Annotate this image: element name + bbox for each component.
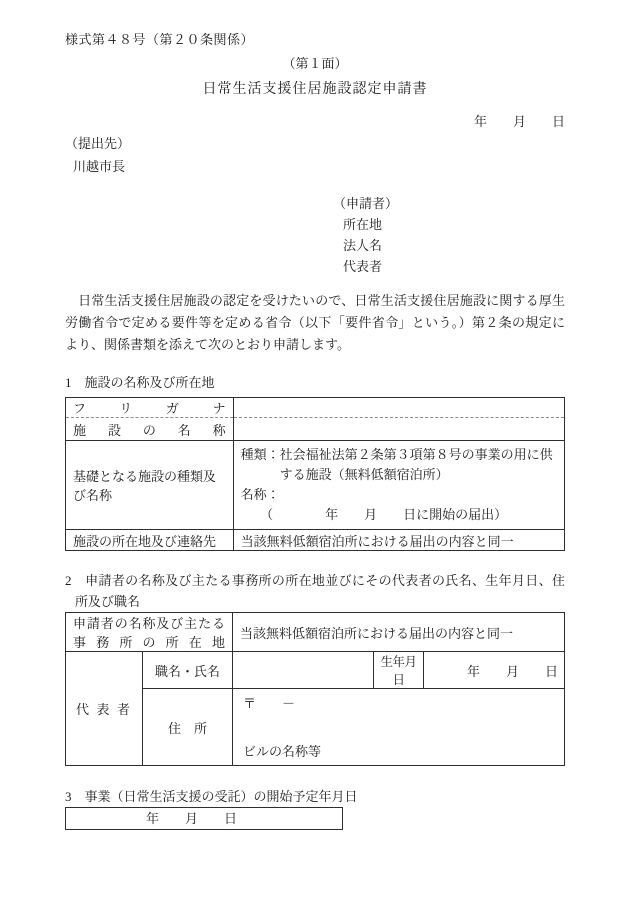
address-label-cell: 住 所 — [142, 689, 232, 766]
base-facility-notify-date-line: （ 年 月 日に開始の届出） — [241, 505, 557, 525]
section2-heading: 2 申請者の名称及び主たる事務所の所在地並びにその代表者の氏名、生年月日、住所及… — [65, 570, 565, 612]
recipient-name: 川越市長 — [65, 157, 565, 177]
facility-location-label-cell: 施設の所在地及び連絡先 — [66, 530, 234, 551]
facility-location-row: 施設の所在地及び連絡先 当該無料低額宿泊所における届出の内容と同一 — [66, 530, 565, 551]
post-name-label-cell: 職名・氏名 — [142, 652, 232, 689]
birthdate-value-cell: 年 月 日 — [424, 652, 565, 689]
base-facility-value-lines: 種類：社会福祉法第２条第３項第８号の事業の用に供 する施設（無料低額宿泊所） 名… — [241, 441, 557, 529]
base-facility-value-cell: 種類：社会福祉法第２条第３項第８号の事業の用に供 する施設（無料低額宿泊所） 名… — [233, 441, 564, 530]
applicant-field-location: 所在地 — [333, 215, 565, 235]
furigana-label-cell: フリガナ — [66, 398, 234, 418]
submission-date-placeholder: 年 月 日 — [65, 112, 565, 132]
base-facility-row: 基礎となる施設の種類及び名称 種類：社会福祉法第２条第３項第８号の事業の用に供 … — [66, 441, 565, 530]
birthdate-label-cell: 生年月日 — [373, 652, 424, 689]
postal-code-line: 〒 － — [243, 696, 554, 711]
facility-location-value-cell: 当該無料低額宿泊所における届出の内容と同一 — [233, 530, 564, 551]
section1-heading: 1 施設の名称及び所在地 — [65, 373, 565, 393]
address-value-cell: 〒 － ビルの名称等 — [232, 689, 564, 766]
recipient-label: （提出先） — [65, 134, 565, 154]
base-facility-type-line2: する施設（無料低額宿泊所） — [241, 465, 557, 485]
base-facility-name-line: 名称： — [241, 485, 557, 505]
facility-name-row: 施設の名称 — [66, 418, 565, 441]
form-content: 様式第４８号（第２０条関係） （第１面） 日常生活支援住居施設認定申請書 年 月… — [0, 0, 630, 830]
facility-info-table: フリガナ 施設の名称 基礎となる施設の種類及び名称 種類：社会福祉法第２条第３項… — [65, 397, 565, 551]
address-value-lines: 〒 － ビルの名称等 — [233, 689, 564, 765]
applicant-info-table: 申請者の名称及び主たる事務所の所在地 当該無料低額宿泊所における届出の内容と同一… — [65, 612, 565, 766]
applicant-office-label-cell: 申請者の名称及び主たる事務所の所在地 — [66, 613, 233, 652]
representative-label-cell: 代表者 — [66, 652, 143, 766]
post-name-value-cell — [232, 652, 373, 689]
representative-name-row: 代表者 職名・氏名 生年月日 年 月 日 — [66, 652, 565, 689]
section3-heading: 3 事業（日常生活支援の受託）の開始予定年月日 — [65, 787, 565, 806]
furigana-row: フリガナ — [66, 398, 565, 418]
form-number: 様式第４８号（第２０条関係） — [65, 30, 565, 50]
applicant-office-value-cell: 当該無料低額宿泊所における届出の内容と同一 — [232, 613, 564, 652]
base-facility-type-line1: 種類：社会福祉法第２条第３項第８号の事業の用に供 — [241, 445, 557, 465]
base-facility-label-cell: 基礎となる施設の種類及び名称 — [66, 441, 234, 530]
furigana-value-cell — [233, 398, 564, 418]
applicant-block: （申請者） 所在地 法人名 代表者 — [333, 194, 565, 277]
applicant-field-representative: 代表者 — [333, 257, 565, 277]
application-form-page: 様式第４８号（第２０条関係） （第１面） 日常生活支援住居施設認定申請書 年 月… — [0, 0, 630, 903]
application-statement-paragraph: 日常生活支援住居施設の認定を受けたいので、日常生活支援住居施設に関する厚生労働省… — [65, 290, 565, 356]
applicant-office-row: 申請者の名称及び主たる事務所の所在地 当該無料低額宿泊所における届出の内容と同一 — [66, 613, 565, 652]
building-name-line: ビルの名称等 — [243, 744, 554, 759]
business-start-date-box: 年 月 日 — [65, 807, 343, 830]
document-title: 日常生活支援住居施設認定申請書 — [65, 80, 565, 100]
applicant-label: （申請者） — [333, 194, 565, 214]
applicant-field-corporate-name: 法人名 — [333, 236, 565, 256]
facility-name-label-cell: 施設の名称 — [66, 418, 234, 441]
page-side-label: （第１面） — [65, 54, 565, 74]
facility-name-value-cell — [233, 418, 564, 441]
